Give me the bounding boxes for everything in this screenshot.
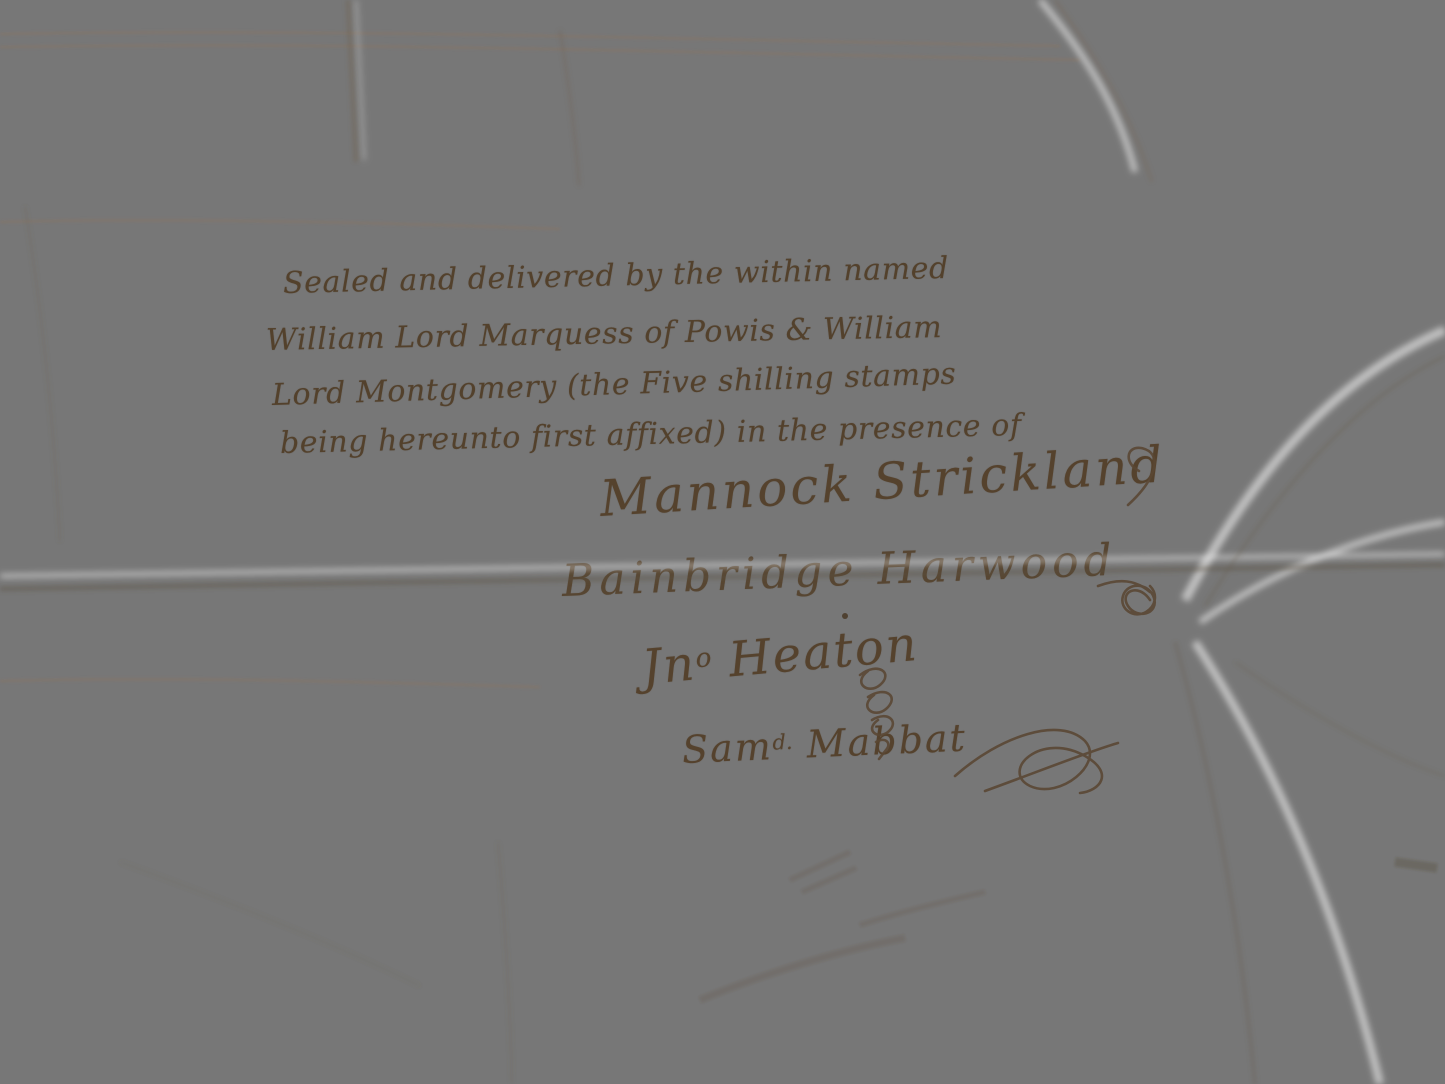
parchment-creases-and-flourishes [0, 0, 1445, 1084]
signature-heaton-prefix: Jn [640, 635, 699, 696]
signature-mabbat-prefix: Sam [681, 724, 774, 772]
signature-bainbridge-harwood: Bainbridge Harwood [561, 535, 1118, 607]
signature-jno-heaton: Jno Heaton [640, 616, 921, 696]
mabbat-cross-stroke [985, 743, 1118, 791]
attestation-line-1: Sealed and delivered by the within named [283, 251, 950, 301]
attestation-line-2: William Lord Marquess of Powis & William [266, 310, 943, 358]
signature-mabbat-rest: Mabbat [792, 716, 968, 768]
ghost-ink-smudges [700, 852, 1437, 1000]
crease-shadows [0, 0, 1445, 1084]
harwood-scribble-knot [1122, 586, 1155, 615]
crease-highlights [0, 0, 1445, 1084]
signature-mabbat-superscript: d. [772, 730, 793, 755]
ink-dot [842, 613, 848, 619]
signature-heaton-rest: Heaton [709, 616, 920, 690]
parchment-document-photo: Sealed and delivered by the within named… [0, 0, 1445, 1084]
signature-samuel-mabbat: Samd. Mabbat [681, 716, 968, 772]
attestation-line-3: Lord Montgomery (the Five shilling stamp… [271, 357, 956, 413]
mabbat-flourish-loops [955, 730, 1102, 793]
